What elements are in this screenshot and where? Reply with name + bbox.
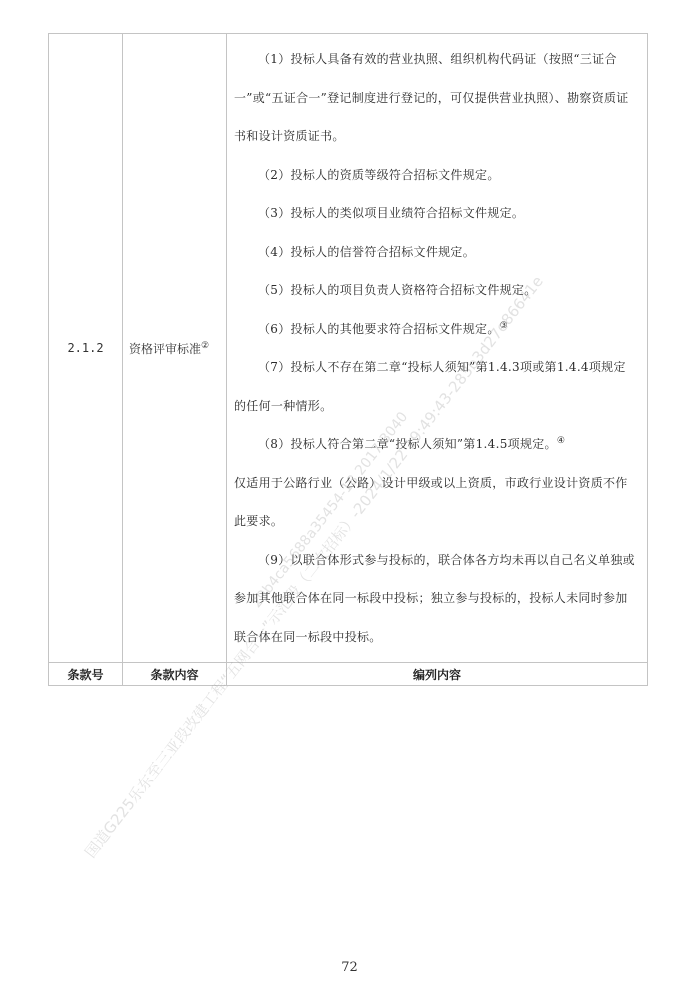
paragraph-8-note: 仅适用于公路行业（公路）设计甲级或以上资质，市政行业设计资质不作此要求。 xyxy=(234,464,637,541)
paragraph-7: （7）投标人不存在第二章“投标人须知”第1.4.3项或第1.4.4项规定的任何一… xyxy=(234,348,637,425)
paragraph-1: （1）投标人具备有效的营业执照、组织机构代码证（按照“三证合一”或“五证合一”登… xyxy=(234,40,637,156)
table-header-row: 条款号 条款内容 编列内容 xyxy=(49,663,648,686)
page-number: 72 xyxy=(0,960,699,975)
header-clause-number: 条款号 xyxy=(49,663,123,686)
footnote-marker: ③ xyxy=(500,321,508,331)
paragraph-6: （6）投标人的其他要求符合招标文件规定。③ xyxy=(234,310,637,349)
clause-item-text: 资格评审标准 xyxy=(129,342,201,356)
header-clause-item: 条款内容 xyxy=(123,663,227,686)
footnote-marker: ④ xyxy=(557,436,565,446)
paragraph-4: （4）投标人的信誉符合招标文件规定。 xyxy=(234,233,637,272)
footnote-marker: ② xyxy=(201,341,209,351)
clause-item: 资格评审标准② xyxy=(123,34,227,663)
paragraph-8: （8）投标人符合第二章“投标人须知”第1.4.5项规定。④ xyxy=(234,425,637,464)
paragraph-2: （2）投标人的资质等级符合招标文件规定。 xyxy=(234,156,637,195)
paragraph-5: （5）投标人的项目负责人资格符合招标文件规定。 xyxy=(234,271,637,310)
paragraph-3: （3）投标人的类似项目业绩符合招标文件规定。 xyxy=(234,194,637,233)
header-content: 编列内容 xyxy=(227,663,648,686)
clause-row: 2.1.2 资格评审标准② （1）投标人具备有效的营业执照、组织机构代码证（按照… xyxy=(49,34,648,663)
clause-table: 2.1.2 资格评审标准② （1）投标人具备有效的营业执照、组织机构代码证（按照… xyxy=(48,33,648,686)
clause-number: 2.1.2 xyxy=(49,34,123,663)
clause-number-text: 2.1.2 xyxy=(67,341,103,355)
paragraph-9: （9）以联合体形式参与投标的，联合体各方均未再以自己名义单独或参加其他联合体在同… xyxy=(234,541,637,657)
clause-content: （1）投标人具备有效的营业执照、组织机构代码证（按照“三证合一”或“五证合一”登… xyxy=(227,34,648,663)
